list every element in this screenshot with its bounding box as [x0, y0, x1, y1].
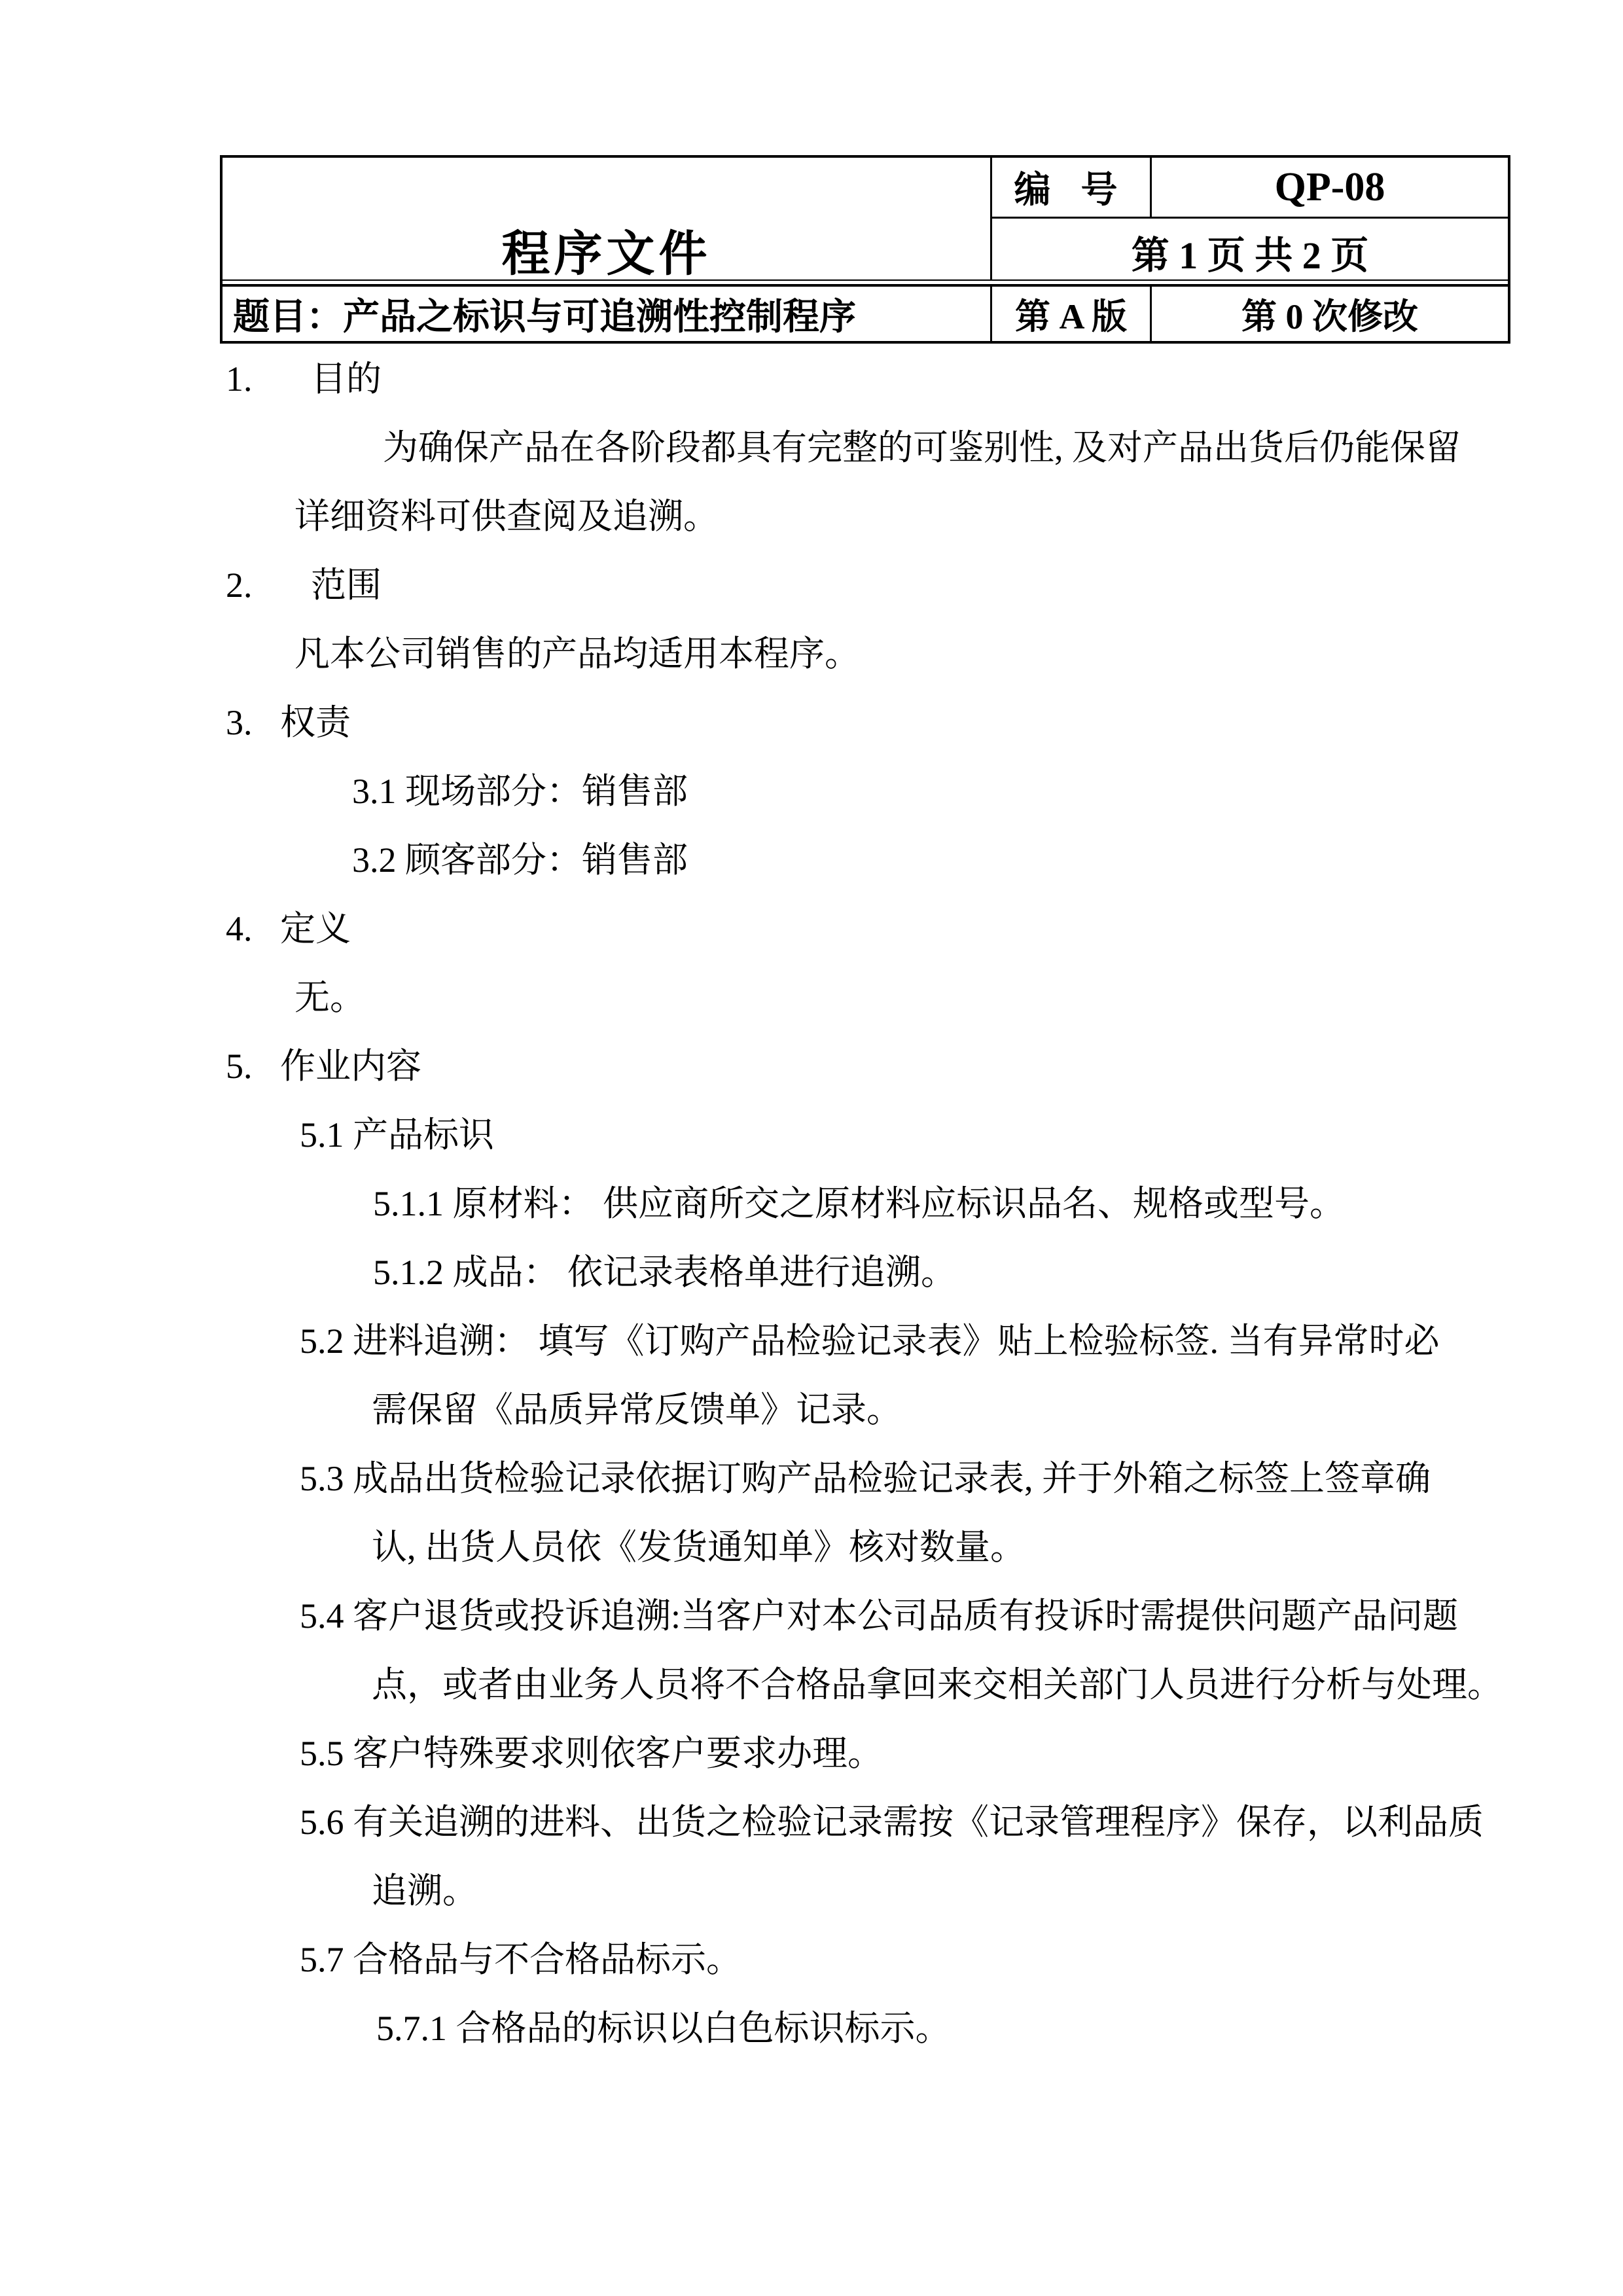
- body-line: 5.5 客户特殊要求则依客户要求办理。: [220, 1719, 1531, 1788]
- section-title: 作业内容: [280, 1047, 421, 1086]
- body-line: 5.3 成品出货检验记录依据订购产品检验记录表, 并于外箱之标签上签章确: [220, 1444, 1531, 1513]
- body-line: 5.1.1 原材料： 供应商所交之原材料应标识品名、规格或型号。: [220, 1170, 1531, 1238]
- body-line: 5.2 进料追溯： 填写《订购产品检验记录表》贴上检验标签. 当有异常时必: [220, 1307, 1531, 1376]
- body-line: 5.7 合格品与不合格品标示。: [220, 1926, 1531, 1994]
- section-number: 2.: [226, 551, 311, 620]
- doc-title-cell: 题目：产品之标识与可追溯性控制程序: [223, 287, 992, 341]
- body-line: 追溯。: [220, 1857, 1531, 1926]
- section-number: 3.: [226, 689, 280, 757]
- version-cell: 第 A 版: [992, 287, 1152, 341]
- section-heading: 4.定义: [220, 895, 1531, 963]
- body-line: 5.6 有关追溯的进料、出货之检验记录需按《记录管理程序》保存，以利品质: [220, 1788, 1531, 1857]
- revision-cell: 第 0 次修改: [1152, 287, 1508, 341]
- section-number: 4.: [226, 895, 280, 963]
- section-title: 权责: [280, 703, 351, 742]
- section-heading: 1.目的: [220, 345, 1531, 414]
- body-line: 无。: [220, 963, 1531, 1032]
- body-line: 5.4 客户退货或投诉追溯:当客户对本公司品质有投诉时需提供问题产品问题: [220, 1582, 1531, 1651]
- document-body: 1.目的为确保产品在各阶段都具有完整的可鉴别性, 及对产品出货后仍能保留详细资料…: [220, 345, 1531, 2063]
- body-line: 点，或者由业务人员将不合格品拿回来交相关部门人员进行分析与处理。: [220, 1651, 1531, 1719]
- header-table-top-rows: 程序文件 编 号 QP-08 第 1 页 共 2 页: [223, 158, 1508, 279]
- section-title: 定义: [280, 909, 351, 948]
- body-line: 5.7.1 合格品的标识以白色标识标示。: [220, 1994, 1531, 2063]
- section-heading: 2.范围: [220, 551, 1531, 620]
- document-page: 程序文件 编 号 QP-08 第 1 页 共 2 页 题目：产品之标识与可追溯性…: [0, 0, 1623, 2296]
- header-table: 程序文件 编 号 QP-08 第 1 页 共 2 页 题目：产品之标识与可追溯性…: [220, 155, 1510, 344]
- code-row: 编 号 QP-08: [992, 158, 1508, 219]
- section-title: 范围: [311, 565, 382, 605]
- body-line: 认, 出货人员依《发货通知单》核对数量。: [220, 1513, 1531, 1582]
- section-number: 5.: [226, 1032, 280, 1101]
- body-line: 3.1 现场部分：销售部: [220, 757, 1531, 826]
- page-info-cell: 第 1 页 共 2 页: [992, 219, 1508, 279]
- body-line: 详细资料可供查阅及追溯。: [220, 482, 1531, 551]
- body-line: 5.1.2 成品： 依记录表格单进行追溯。: [220, 1238, 1531, 1307]
- code-label: 编 号: [992, 158, 1152, 217]
- body-line: 凡本公司销售的产品均适用本程序。: [220, 620, 1531, 689]
- header-table-bottom-row: 题目：产品之标识与可追溯性控制程序 第 A 版 第 0 次修改: [223, 287, 1508, 341]
- doc-type-cell: 程序文件: [223, 158, 992, 279]
- section-title: 目的: [311, 359, 382, 399]
- body-line: 为确保产品在各阶段都具有完整的可鉴别性, 及对产品出货后仍能保留: [220, 414, 1531, 482]
- section-heading: 5.作业内容: [220, 1032, 1531, 1101]
- header-table-divider: [223, 279, 1508, 287]
- section-heading: 3.权责: [220, 689, 1531, 757]
- code-value: QP-08: [1152, 158, 1508, 217]
- section-number: 1.: [226, 345, 311, 414]
- body-line: 需保留《品质异常反馈单》记录。: [220, 1376, 1531, 1444]
- header-table-right-column: 编 号 QP-08 第 1 页 共 2 页: [992, 158, 1508, 279]
- body-line: 5.1 产品标识: [220, 1101, 1531, 1170]
- body-line: 3.2 顾客部分：销售部: [220, 826, 1531, 895]
